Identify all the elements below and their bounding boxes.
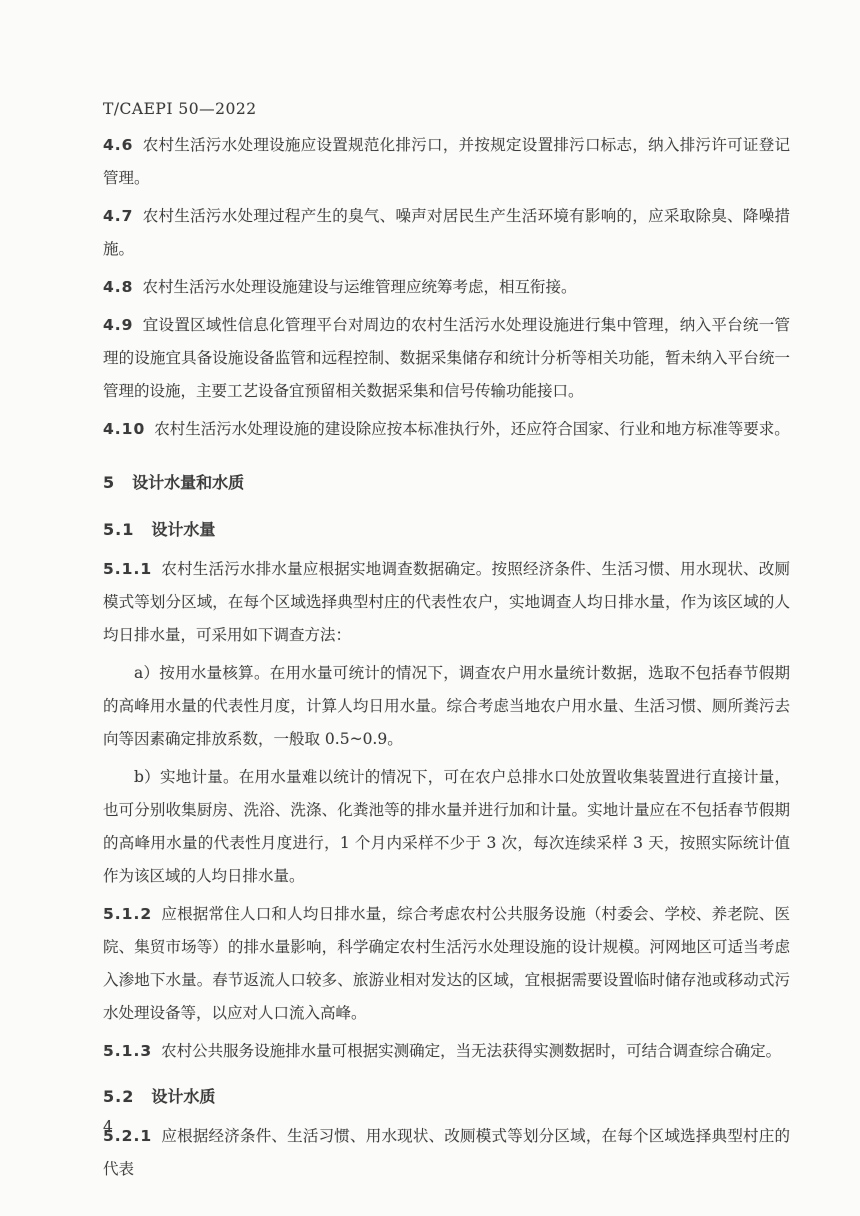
section-heading: 5设计水量和水质 [103,466,790,499]
clause-text: 农村生活污水处理设施的建设除应按本标准执行外，还应符合国家、行业和地方标准等要求… [154,420,790,438]
paragraph: 4.7农村生活污水处理过程产生的臭气、噪声对居民生产生活环境有影响的，应采取除臭… [103,200,790,266]
clause-number: 5.1.3 [103,1042,152,1060]
clause-number: 5.1 [103,520,134,539]
paragraph: 4.8农村生活污水处理设施建设与运维管理应统筹考虑，相互衔接。 [103,271,790,304]
clause-text: 按用水量核算。在用水量可统计的情况下，调查农户用水量统计数据，选取不包括春节假期… [103,664,790,748]
clause-text: 设计水量和水质 [132,473,244,492]
clause-number: 5.1.1 [103,560,152,578]
standard-number: T/CAEPI 50—2022 [103,100,257,118]
clause-number: 4.6 [103,136,133,154]
document-content: 4.6农村生活污水处理设施应设置规范化排污口，并按规定设置排污口标志，纳入排污许… [103,129,790,1186]
paragraph: 5.1.1农村生活污水排水量应根据实地调查数据确定。按照经济条件、生活习惯、用水… [103,553,790,652]
clause-number: 5.2 [103,1087,134,1106]
section-heading: 5.2设计水质 [103,1080,790,1113]
clause-text: 农村生活污水处理设施应设置规范化排污口，并按规定设置排污口标志，纳入排污许可证登… [103,136,790,187]
paragraph: a）按用水量核算。在用水量可统计的情况下，调查农户用水量统计数据，选取不包括春节… [103,657,790,756]
paragraph: 4.9宜设置区域性信息化管理平台对周边的农村生活污水处理设施进行集中管理，纳入平… [103,309,790,408]
page-number: 4 [103,1118,113,1136]
clause-text: 设计水量 [151,520,215,539]
clause-text: 农村公共服务设施排水量可根据实测确定，当无法获得实测数据时，可结合调查综合确定。 [161,1042,781,1060]
paragraph: 5.1.3农村公共服务设施排水量可根据实测确定，当无法获得实测数据时，可结合调查… [103,1035,790,1068]
clause-number: b） [134,768,160,786]
section-heading: 5.1设计水量 [103,513,790,546]
paragraph: 4.10农村生活污水处理设施的建设除应按本标准执行外，还应符合国家、行业和地方标… [103,413,790,446]
clause-number: 5.1.2 [103,905,152,923]
clause-text: 设计水质 [151,1087,215,1106]
paragraph: b）实地计量。在用水量难以统计的情况下，可在农户总排水口处放置收集装置进行直接计… [103,761,790,893]
paragraph: 5.1.2应根据常住人口和人均日排水量，综合考虑农村公共服务设施（村委会、学校、… [103,898,790,1030]
paragraph: 5.2.1应根据经济条件、生活习惯、用水现状、改厕模式等划分区域，在每个区域选择… [103,1120,790,1186]
clause-number: 4.7 [103,207,133,225]
clause-text: 农村生活污水处理过程产生的臭气、噪声对居民生产生活环境有影响的，应采取除臭、降噪… [103,207,790,258]
clause-number: 4.9 [103,316,133,334]
clause-number: 5 [103,473,115,492]
clause-number: 4.8 [103,278,133,296]
clause-text: 宜设置区域性信息化管理平台对周边的农村生活污水处理设施进行集中管理，纳入平台统一… [103,316,790,400]
clause-text: 应根据常住人口和人均日排水量，综合考虑农村公共服务设施（村委会、学校、养老院、医… [103,905,790,1022]
clause-text: 应根据经济条件、生活习惯、用水现状、改厕模式等划分区域，在每个区域选择典型村庄的… [103,1127,790,1178]
paragraph: 4.6农村生活污水处理设施应设置规范化排污口，并按规定设置排污口标志，纳入排污许… [103,129,790,195]
clause-text: 实地计量。在用水量难以统计的情况下，可在农户总排水口处放置收集装置进行直接计量，… [103,768,790,885]
clause-number: a） [134,664,159,682]
clause-text: 农村生活污水处理设施建设与运维管理应统筹考虑，相互衔接。 [142,278,576,296]
running-header: T/CAEPI 50—2022 [103,100,790,118]
clause-number: 4.10 [103,420,145,438]
document-page: T/CAEPI 50—2022 4.6农村生活污水处理设施应设置规范化排污口，并… [0,0,860,1216]
clause-text: 农村生活污水排水量应根据实地调查数据确定。按照经济条件、生活习惯、用水现状、改厕… [103,560,790,644]
